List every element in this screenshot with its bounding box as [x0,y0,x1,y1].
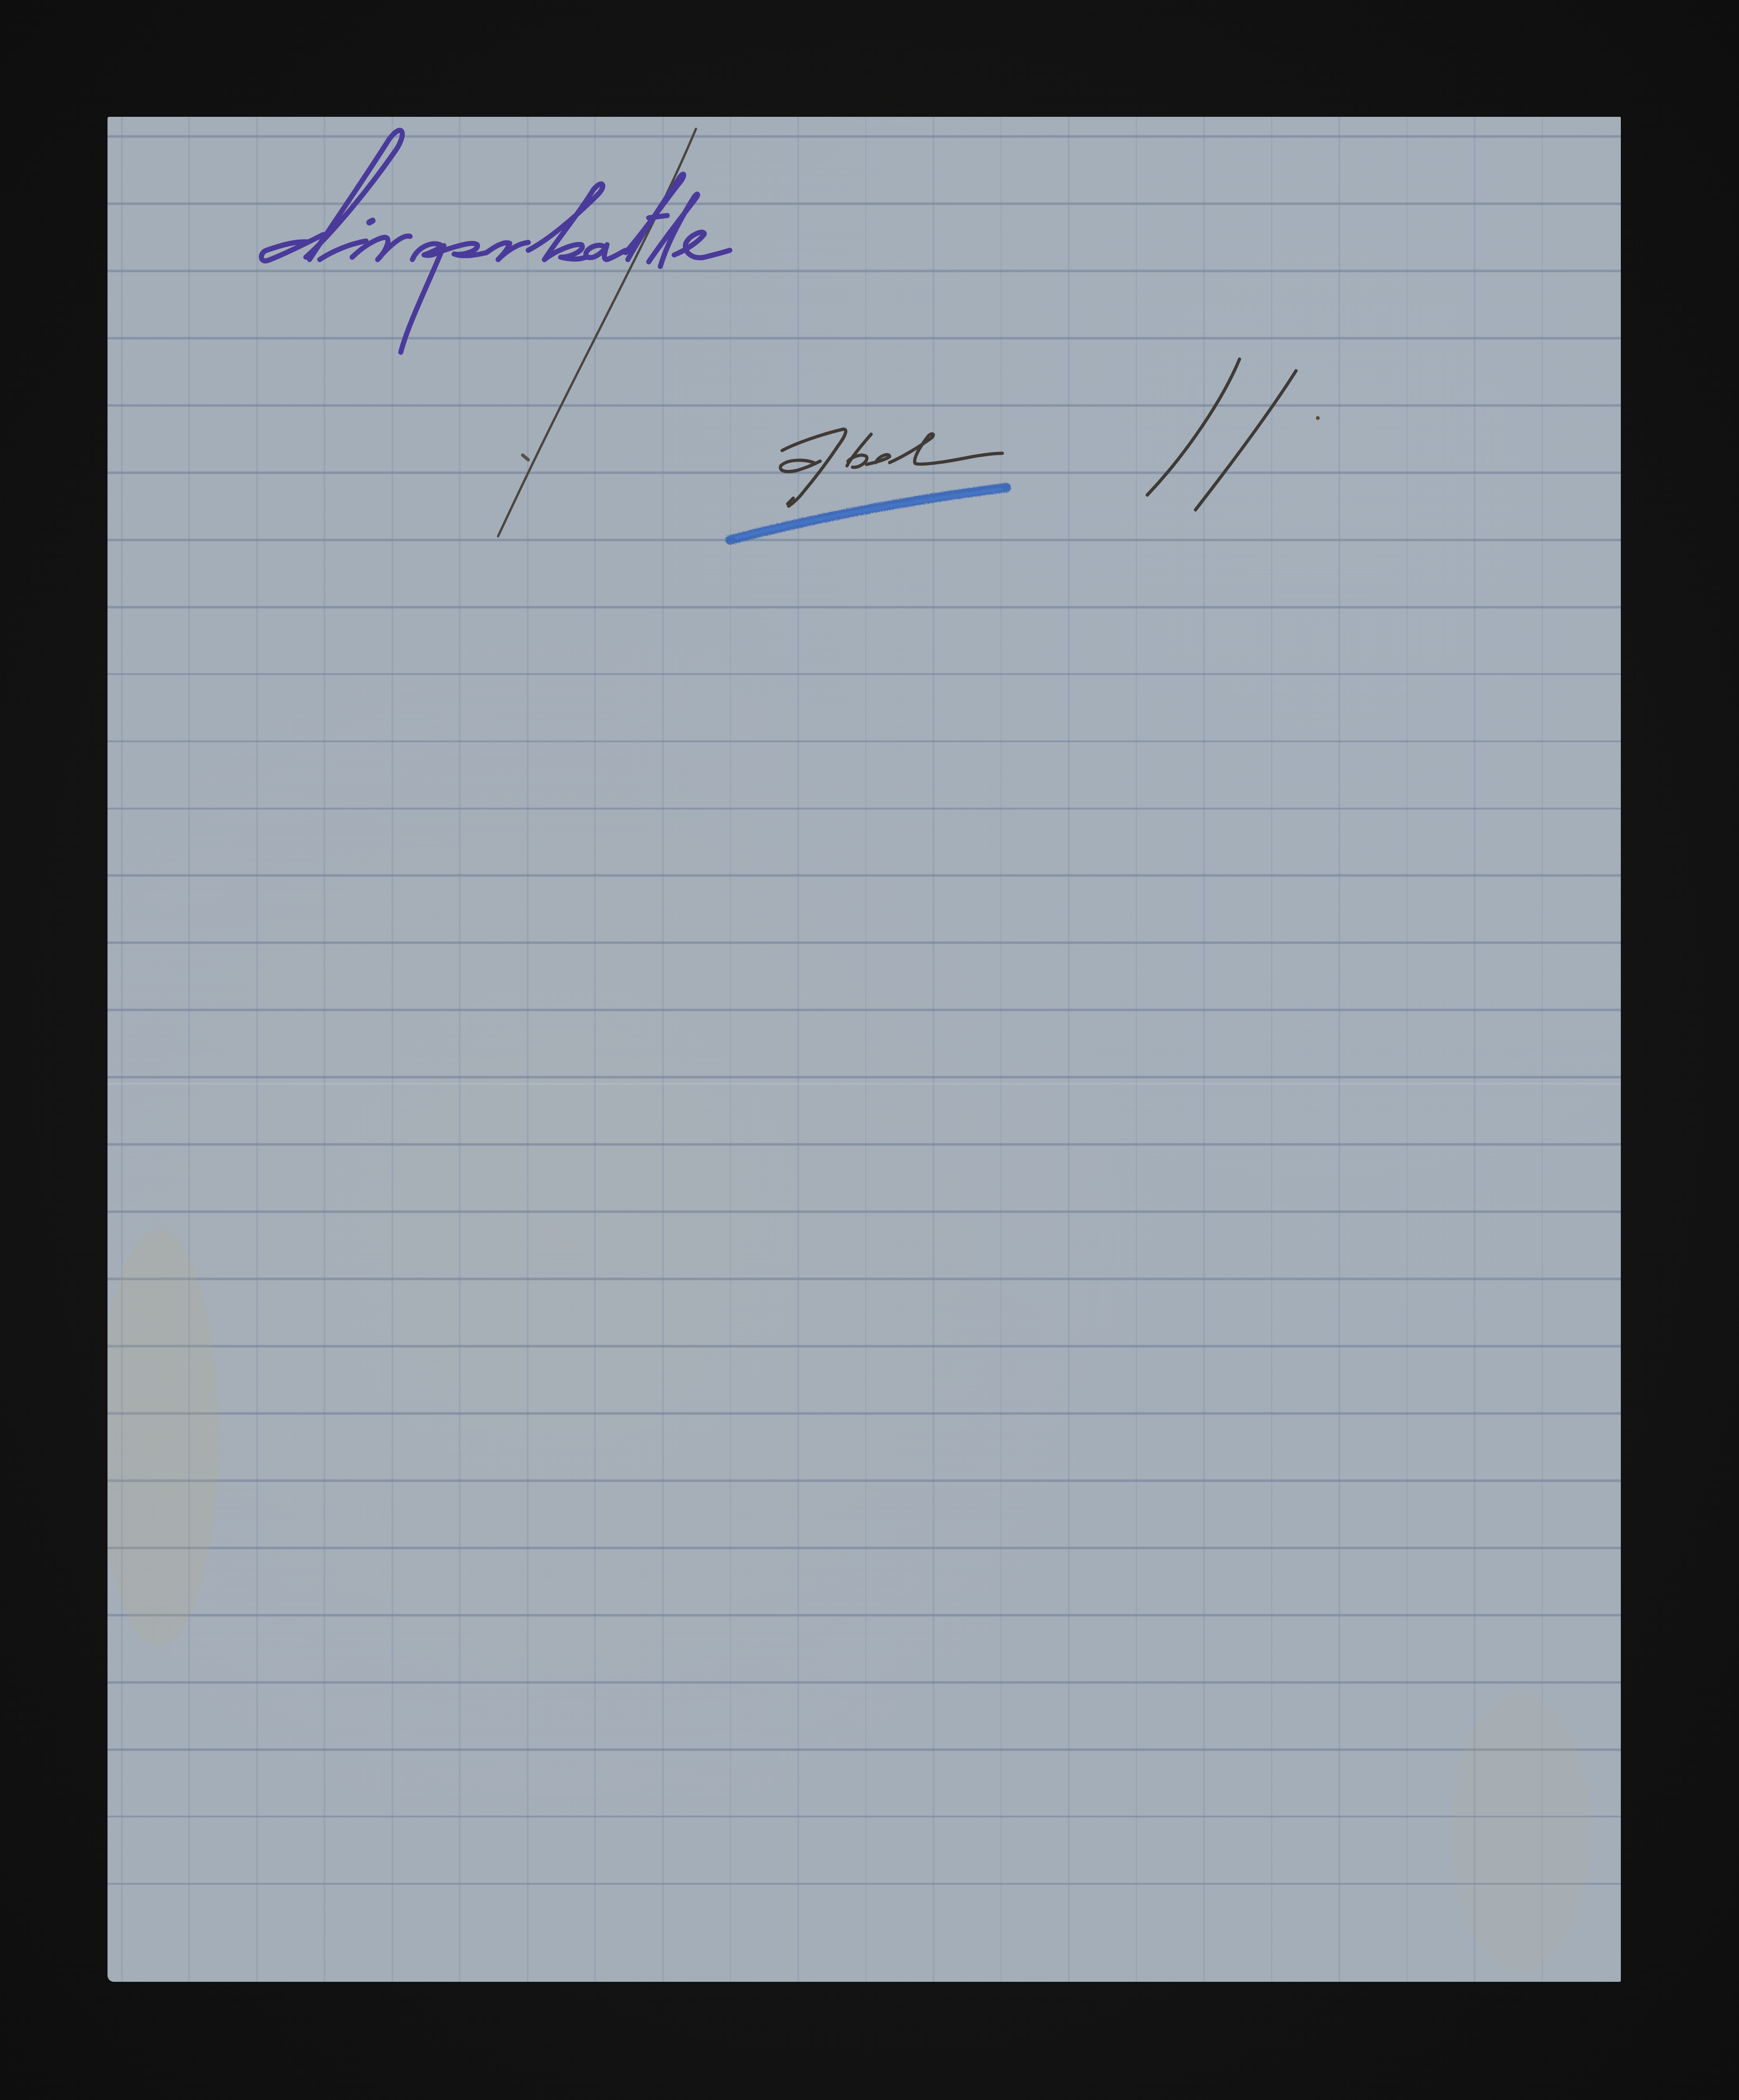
grid-lines [108,117,1621,1982]
paper-stain [1451,1693,1590,1971]
squared-paper-sheet [108,117,1621,1982]
paper-fold-crease [108,1083,1621,1085]
